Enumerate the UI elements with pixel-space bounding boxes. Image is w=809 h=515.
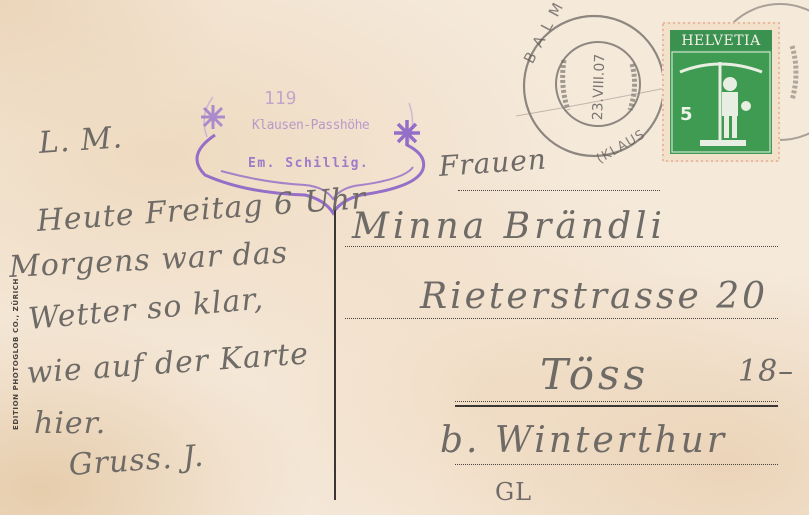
publisher-imprint: EDITION PHOTOGLOB CO., ZÜRICH [12,278,20,430]
address-line-2: Minna Brändli [352,206,666,247]
flower-right-icon [394,120,420,146]
address-line-3-rule [345,318,778,319]
pencil-note: GL [495,478,532,506]
address-line-4: Töss [540,350,649,399]
cachet-number: 119 [264,88,297,109]
message-line-2: Morgens war das [8,235,289,285]
flower-left-icon [201,105,225,129]
address-line-5: b. Winterthur [440,420,727,461]
address-house-note: 18– [738,354,794,389]
message-salutation: L. M. [38,120,124,161]
message-line-5: hier. [34,406,106,441]
address-line-5-rule [455,464,778,465]
center-divider-line [334,198,336,500]
postcard-back: BALM 23.VIII.07 (KLAUS HELVETIA 5 [0,0,809,515]
message-line-3: Wetter so klar, [27,282,265,337]
tell-son-crossbow-icon [670,50,772,154]
cachet-line2: Em. Schillig. [248,156,369,171]
message-line-4: wie auf der Karte [26,336,310,391]
address-line-3: Rieterstrasse 20 [420,276,768,317]
cachet-line1: Klausen-Passhöhe [252,118,369,133]
stamp-country: HELVETIA [670,33,772,49]
stamp-design: HELVETIA 5 [670,30,772,154]
address-line-4-rule [455,401,778,402]
stamp-value: 5 [680,104,693,125]
message-closing: Gruss. J. [68,439,206,483]
address-line-4-underline [455,405,778,407]
address-line-1: Frauen [438,143,548,183]
postmark-date: 23.VIII.07 [590,54,608,121]
address-line-1-rule [458,190,660,191]
postage-stamp: HELVETIA 5 [662,22,780,162]
